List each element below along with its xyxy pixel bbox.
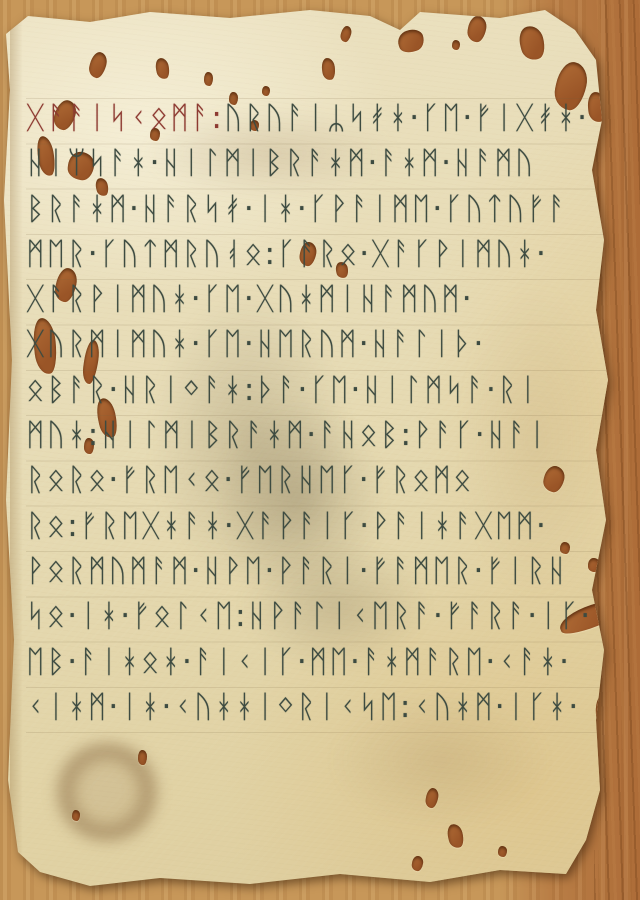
rune-line: ᛒᚱᚨᚼᛗ·ᚺᚨᚱᛋᚯ·ᛁᚼ·ᚴᚹᚨᛁᛗᛖ·ᚴᚢᛏᚢᚠᚨ	[26, 187, 606, 232]
worm-hole	[262, 86, 270, 96]
rune-line: ᛋᛟ·ᛁᚼ·ᚠᛟᛚᚲᛖ:ᚺᚹᚨᛚᛁᚲᛖᚱᚨ·ᚠᚨᚱᚨ·ᛁᚴ·	[26, 594, 606, 639]
rune-line: ᚱᛟᚱᛟ·ᚠᚱᛖᚲᛟ·ᚠᛖᚱᚺᛖᚴ·ᚠᚱᛟᛗᛟ	[26, 458, 606, 503]
rune-text: ᚺᛁᛘᛋᚨᚼ·ᚺᛁᛚᛗᛁᛒᚱᚨᚼᛗ·ᚨᚼᛗ·ᚺᚨᛗᚢ	[26, 145, 535, 181]
rune-line: ᚲᛁᚼᛗ·ᛁᚼ·ᚲᚢᚼᚼᛁᛜᚱᛁᚲᛋᛖ:ᚲᚢᚼᛗ·ᛁᚴᚼ·	[26, 685, 606, 730]
rune-line: ᚷᚢᚱᛗᛁᛗᚢᚼ·ᚴᛖ·ᚺᛖᚱᚢᛗ·ᚺᚨᛚᛁᚦ·	[26, 322, 606, 367]
rune-line: ᛖᛒ·ᚨᛁᚼᛟᚼ·ᚨᛁᚲᛁᚴ·ᛗᛖ·ᚨᚼᛗᚨᚱᛖ·ᚲᚨᚼ·	[26, 640, 606, 685]
rune-line: ᚷᚨᚱᚹᛁᛗᚢᚼ·ᚴᛖ·ᚷᚢᚼᛗᛁᚺᚨᛗᚢᛗ·	[26, 277, 606, 322]
rune-text: ᚷᚢᚱᛗᛁᛗᚢᚼ·ᚴᛖ·ᚺᛖᚱᚢᛗ·ᚺᚨᛚᛁᚦ·	[26, 326, 485, 362]
rune-text: ᛖᛒ·ᚨᛁᚼᛟᚼ·ᚨᛁᚲᛁᚴ·ᛗᛖ·ᚨᚼᛗᚨᚱᛖ·ᚲᚨᚼ·	[26, 644, 571, 680]
tear	[595, 159, 623, 204]
worm-hole	[138, 750, 147, 765]
rubric-heading: ᚷᚨᚨᛁᛋᚲᛟᛗᚨ:	[26, 100, 224, 136]
rune-line: ᛗᛖᚱ·ᚴᚢᛏᛗᚱᚢᚮᛟ:ᚴᚨᚱᛟ·ᚷᚨᚴᚹᛁᛗᚢᚼ·	[26, 232, 606, 277]
rune-text: ᚱᛟᚱᛟ·ᚠᚱᛖᚲᛟ·ᚠᛖᚱᚺᛖᚴ·ᚠᚱᛟᛗᛟ	[26, 462, 474, 498]
rune-text: ᛗᚢᚼ:ᚺᛁᛚᛗᛁᛒᚱᚨᚼᛗ·ᚨᚺᛟᛒ:ᚹᚨᚴ·ᚺᚨᛁ	[26, 417, 548, 453]
parchment-wrap: ᚷᚨᚨᛁᛋᚲᛟᛗᚨ:ᚢᚱᚢᚨᛁᛦᛋᚯᚼ·ᚴᛖ·ᚠᛁᚷᚯᚼ· ᚺᛁᛘᛋᚨᚼ·ᚺᛁᛚ…	[0, 0, 640, 900]
worm-hole	[498, 846, 507, 857]
tear	[606, 651, 629, 682]
worm-hole	[452, 40, 460, 50]
parchment-fold	[10, 10, 26, 890]
rune-text: ᚢᚱᚢᚨᛁᛦᛋᚯᚼ·ᚴᛖ·ᚠᛁᚷᚯᚼ·	[224, 100, 589, 136]
text-block: ᚷᚨᚨᛁᛋᚲᛟᛗᚨ:ᚢᚱᚢᚨᛁᛦᛋᚯᚼ·ᚴᛖ·ᚠᛁᚷᚯᚼ· ᚺᛁᛘᛋᚨᚼ·ᚺᛁᛚ…	[26, 96, 606, 744]
rune-text: ᛋᛟ·ᛁᚼ·ᚠᛟᛚᚲᛖ:ᚺᚹᚨᛚᛁᚲᛖᚱᚨ·ᚠᚨᚱᚨ·ᛁᚴ·	[26, 598, 592, 634]
rune-line: ᚷᚨᚨᛁᛋᚲᛟᛗᚨ:ᚢᚱᚢᚨᛁᛦᛋᚯᚼ·ᚴᛖ·ᚠᛁᚷᚯᚼ·	[26, 96, 606, 141]
rune-line: ᚱᛟ:ᚠᚱᛖᚷᚼᚨᚼ·ᚷᚨᚹᚨᛁᚴ·ᚹᚨᛁᚼᚨᚷᛖᛗ·	[26, 504, 606, 549]
rune-line: ᚹᛟᚱᛗᚢᛗᚨᛗ·ᚺᚹᛖ·ᚹᚨᚱᛁ·ᚠᚨᛗᛖᚱ·ᚠᛁᚱᚺ	[26, 549, 606, 594]
rune-line: ᛟᛒᚨᚱ·ᚺᚱᛁᛜᚨᚼ:ᚦᚨ·ᚴᛖ·ᚺᛁᛚᛗᛋᚨ·ᚱᛁ	[26, 368, 606, 413]
rune-text: ᛟᛒᚨᚱ·ᚺᚱᛁᛜᚨᚼ:ᚦᚨ·ᚴᛖ·ᚺᛁᛚᛗᛋᚨ·ᚱᛁ	[26, 372, 539, 408]
rune-text: ᚷᚨᚱᚹᛁᛗᚢᚼ·ᚴᛖ·ᚷᚢᚼᛗᛁᚺᚨᛗᚢᛗ·	[26, 281, 474, 317]
rune-text: ᚲᛁᚼᛗ·ᛁᚼ·ᚲᚢᚼᚼᛁᛜᚱᛁᚲᛋᛖ:ᚲᚢᚼᛗ·ᛁᚴᚼ·	[26, 689, 580, 725]
tear	[608, 329, 629, 374]
parchment-page: ᚷᚨᚨᛁᛋᚲᛟᛗᚨ:ᚢᚱᚢᚨᛁᛦᛋᚯᚼ·ᚴᛖ·ᚠᛁᚷᚯᚼ· ᚺᛁᛘᛋᚨᚼ·ᚺᛁᛚ…	[0, 0, 640, 900]
rune-text: ᚱᛟ:ᚠᚱᛖᚷᚼᚨᚼ·ᚷᚨᚹᚨᛁᚴ·ᚹᚨᛁᚼᚨᚷᛖᛗ·	[26, 508, 548, 544]
rune-text: ᛗᛖᚱ·ᚴᚢᛏᛗᚱᚢᚮᛟ:ᚴᚨᚱᛟ·ᚷᚨᚴᚹᛁᛗᚢᚼ·	[26, 236, 548, 272]
worm-hole	[72, 810, 80, 821]
rune-line: ᛗᚢᚼ:ᚺᛁᛚᛗᛁᛒᚱᚨᚼᛗ·ᚨᚺᛟᛒ:ᚹᚨᚴ·ᚺᚨᛁ	[26, 413, 606, 458]
rune-text: ᚹᛟᚱᛗᚢᛗᚨᛗ·ᚺᚹᛖ·ᚹᚨᚱᛁ·ᚠᚨᛗᛖᚱ·ᚠᛁᚱᚺ	[26, 553, 568, 589]
worm-hole	[204, 72, 213, 86]
rune-line: ᚺᛁᛘᛋᚨᚼ·ᚺᛁᛚᛗᛁᛒᚱᚨᚼᛗ·ᚨᚼᛗ·ᚺᚨᛗᚢ	[26, 141, 606, 186]
worm-hole	[604, 247, 622, 275]
rune-text: ᛒᚱᚨᚼᛗ·ᚺᚨᚱᛋᚯ·ᛁᚼ·ᚴᚹᚨᛁᛗᛖ·ᚴᚢᛏᚢᚠᚨ	[26, 191, 568, 227]
